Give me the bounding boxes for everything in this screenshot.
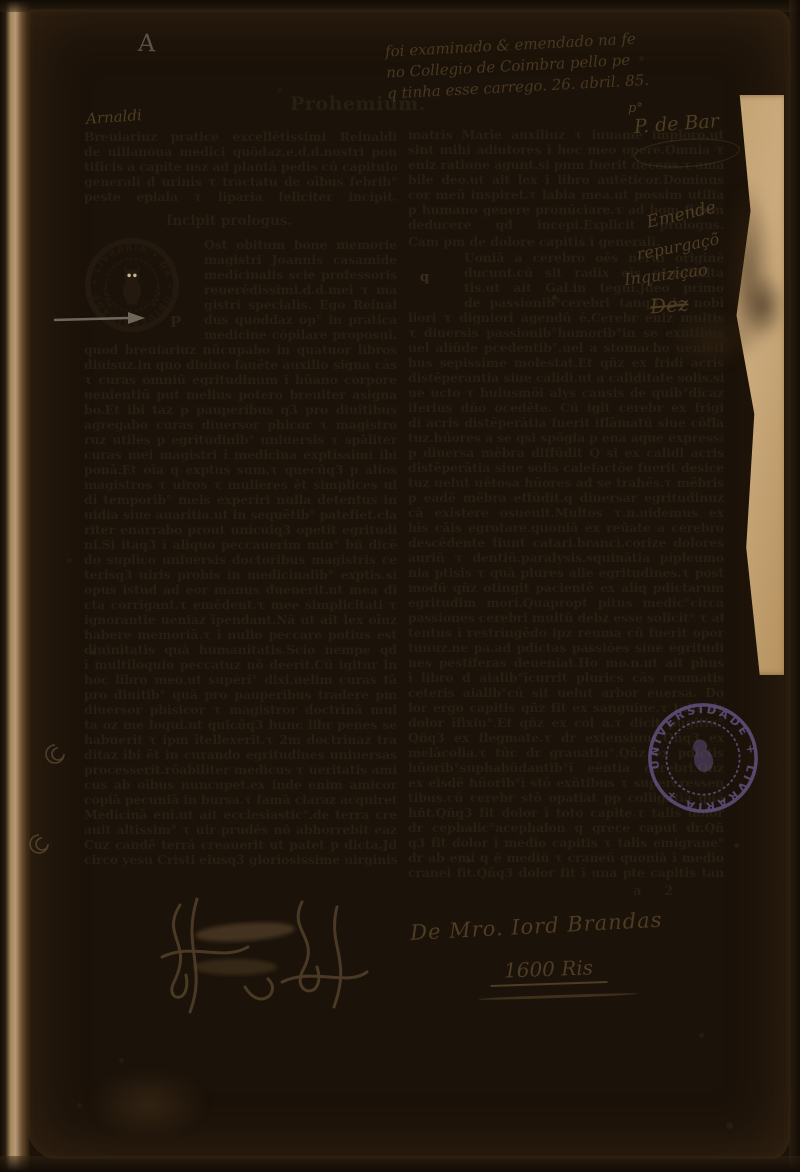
author-annotation: Arnaldi <box>85 106 142 128</box>
text-line: curas mei magistri ī medicina exptissimi… <box>84 447 397 462</box>
text-line: p eadē mēbra effūdit.q diuersar egritudi… <box>408 490 724 505</box>
book-binding-edge <box>0 0 30 1172</box>
text-line: tentus ī restringēdo ipz reuma cū fuerit… <box>408 625 724 640</box>
text-line: passiones cerebri multū debz esse solici… <box>408 610 724 625</box>
pencil-arrow-icon <box>52 309 146 329</box>
price-note: 1600 Ris <box>490 955 608 983</box>
text-line: descēdente fiunt catari.branci.corize do… <box>408 535 724 550</box>
text-line: generali đ urinis τ tractatu de oībus fe… <box>84 174 397 189</box>
scan-background-edge <box>0 0 800 12</box>
text-line: do suplico uniuersis doctoribus magistri… <box>84 552 397 567</box>
guide-cell: q <box>408 250 464 310</box>
text-line: cus ab oībus nuncupet.ex inde enim amico… <box>84 777 397 792</box>
page-leaf: Prohemium. Breuiariuz pratice excellētis… <box>28 9 790 1159</box>
text-line: Cuz candē terrā creauerit ut patet p dic… <box>84 837 397 852</box>
text-line: ditaz ibi ēt in curando egritudines uniu… <box>84 747 397 762</box>
text-line: q3 fit dolor ī medio capitis τ talis emi… <box>408 835 724 850</box>
text-line: terisq3 uiris probis in medicinalib° exp… <box>84 567 397 582</box>
text-line: di temporib° meis experiri nulla detentu… <box>84 492 397 507</box>
text-line: Medicinā enī.ut ait ecclesiastic°.de ter… <box>84 807 397 822</box>
text-line: cā existere osueuit.Multos τ.n.uidemus e… <box>408 505 724 520</box>
quire-signature: a 2 <box>408 884 724 899</box>
scan-background-edge <box>789 0 800 1172</box>
margin-doodle <box>26 831 52 857</box>
text-line: ni.Si itaq3 ī aliquo peccauerim min° bñ … <box>84 537 397 552</box>
text-line: auit altissim° τ uir prudēs nō abhorrebi… <box>84 822 397 837</box>
guide-letter: P <box>170 313 181 331</box>
stain <box>88 1069 208 1139</box>
text-line: ī libro đ aialib°īcurrit plurics cās reu… <box>408 670 724 685</box>
text-line: diuisuz.in quo diuino fauēte auxilio sig… <box>84 357 397 372</box>
text-line: cta corrigant.τ emēdent.τ mee simplicita… <box>84 597 397 612</box>
text-line: τ curas omniū egritudinum ī hūano corpor… <box>84 372 397 387</box>
text-line: medicine cōpilare proposui. <box>204 327 397 342</box>
text-line: cranei fit.Qñq3 dolor fit ī una pte capi… <box>408 865 724 880</box>
text-line: hīs cāis egrotare.quoniā ex reūate a cer… <box>408 520 724 535</box>
text-line: processerit.rōabiliter medicus τ ueritat… <box>84 762 397 777</box>
torn-edge-repair-patch <box>730 95 784 675</box>
text-line: bo.Et ibi taz p pauperibus q3 pro diuiti… <box>84 402 397 417</box>
scan-background-edge <box>0 1156 800 1172</box>
text-line: ignorantie ueniaz īpendant.Nā ut ait lex… <box>84 612 397 627</box>
text-line: tunuz.ne pa.ad pdictas passiōes siue egr… <box>408 640 724 655</box>
text-line: dus quoddaz op° in pratica <box>204 312 397 327</box>
text-line: ī multiloquio peccatuz nō deerit.Cū igit… <box>84 657 397 672</box>
text-line: peste epiala τ liparia feliciter incipit… <box>84 189 397 204</box>
text-line: diuinitatis quā humanitatis.Scio nempe q… <box>84 642 397 657</box>
text-line: uenientiū put melius potero breuiter asi… <box>84 387 397 402</box>
text-line: ponā.Et oīa q exptus sum.τ quecūq3 p ali… <box>84 462 397 477</box>
text-line: riter enarrabo prout unicuiq3 opetit egr… <box>84 522 397 537</box>
prologue-body: quod breuiariuz nūcupabo in quatuor libr… <box>84 342 397 867</box>
pencil-letter-note: A <box>138 29 156 58</box>
scanned-book-page: { "page": { "header": "Prohemium.", "inc… <box>0 0 800 1172</box>
text-line: gistri specialis. Ego Reinal <box>204 297 397 312</box>
text-line: opus istud ad eor manus đuenerit.ut mea … <box>84 582 397 597</box>
text-line: ruz utiles p egritudinib° uniuersis τ sp… <box>84 432 397 447</box>
text-line: bile deo.ut ait lex ī libro autēticor.Do… <box>408 172 724 187</box>
text-line: bus sepissime molestat.Et qñz ex fridi a… <box>408 355 724 370</box>
text-line: magistri Joannis casamide <box>204 252 397 267</box>
text-line: habuerit τ ipm ītellexerit.τ 2m doctrina… <box>84 732 397 747</box>
text-line: tuz.hūores a se qsi spōgia p ena aque ex… <box>408 430 724 445</box>
text-line: de uillanoua medici quōdaz.e.d.d.nostri … <box>84 144 397 159</box>
text-line: auriū τ dentiū.paralysis.squinātia piple… <box>408 550 724 565</box>
text-line: hoc libro meo.ut superi° dixi.uelim cura… <box>84 672 397 687</box>
pen-underline <box>478 992 638 1001</box>
text-line: cor meū inspiret.τ labia mea.ut possim u… <box>408 187 724 202</box>
owner-inscription: De Mro. Iord Brandas <box>410 903 751 945</box>
text-line: magistros τ uiros τ mulieres ēt simplice… <box>84 477 397 492</box>
text-line: copiā pecuniā in bursa.τ famā claraz acq… <box>84 792 397 807</box>
text-line: tuz uelut uētosa hūores ad se trahēs.τ m… <box>408 475 724 490</box>
text-line: ceteris aialib°cū sit uelut arbor euersa… <box>408 685 724 700</box>
text-line: uel aliūde pcedentib°.uel a stomacho uen… <box>408 340 724 355</box>
text-line: tificis a capite usz ad plantā pedis cū … <box>84 159 397 174</box>
prologue-heading: Incipit prologus. <box>166 213 397 229</box>
left-text-column: Breuiariuz pratice excellētissimi Reinal… <box>84 129 397 867</box>
text-line: egritudim mori.Quapropt pitus medic°circ… <box>408 595 724 610</box>
guide-letter: q <box>420 270 429 285</box>
text-line: diuersor pbisicor τ magistror doctrinā m… <box>84 702 397 717</box>
prologue-indented-lines: Ost obitum bone memoriemagistri Joannis … <box>204 237 397 342</box>
text-line: distēperantia siue calidi.ut a caliditat… <box>408 370 724 385</box>
margin-abbreviation: p° <box>628 101 643 116</box>
text-line: circo yesu Cristi eiusq3 gloriosissime u… <box>84 852 397 867</box>
text-line: uidia siue auaritia.ut in sequētib° pate… <box>84 507 397 522</box>
text-line: di acris distēperātia fuerit iflāmatū si… <box>408 415 724 430</box>
text-line: nia ptisis τ quā plures alie egritudines… <box>408 565 724 580</box>
text-line: pro diuitib° quā pro pauperibus tradere … <box>84 687 397 702</box>
text-line: Ost obitum bone memorie <box>204 237 397 252</box>
text-line: p diuersa mēbra diffūdit Q si ex calidi … <box>408 445 724 460</box>
margin-crossed-flourish: Dez <box>649 291 689 318</box>
text-line: agregabo curas diuersor phicor τ magistr… <box>84 417 397 432</box>
text-line: quod breuiariuz nūcupabo in quatuor libr… <box>84 342 397 357</box>
text-line: iferius dño ocedēte. Cū igit cerebr ex f… <box>408 400 724 415</box>
text-line: distēperātia siue solis calefactōe fueri… <box>408 460 724 475</box>
margin-doodle <box>42 741 68 767</box>
text-line: modū qñz otingit pacientē ex aliq pdicta… <box>408 580 724 595</box>
text-line: ta oz me loqui.ut quicūq3 hunc libr pene… <box>84 717 397 732</box>
text-line: reuerēdissimi.d.d.mei τ ma <box>204 282 397 297</box>
text-line: ue ucto τ huiusmōi alys causis de quib°d… <box>408 385 724 400</box>
text-line: habere memoriā.τ ī nullo peccare potius … <box>84 627 397 642</box>
censor-note: foi examinado & emendado na feno Collegi… <box>385 24 718 104</box>
text-line: τ diuersis passionib°humorib°in se exnti… <box>408 325 724 340</box>
pen-trials-scribble <box>150 887 385 1022</box>
incipit-paragraph: Breuiariuz pratice excellētissimi Reinal… <box>84 129 397 204</box>
text-line: nes pestiferas deueniat.Ho mo.n.ut ait p… <box>408 655 724 670</box>
text-line: medicinalis scie professoris <box>204 267 397 282</box>
text-line: dr ab emi q ē mediū τ craneū quoniā ī me… <box>408 850 724 865</box>
text-line: Breuiariuz pratice excellētissimi Reinal… <box>84 129 397 144</box>
